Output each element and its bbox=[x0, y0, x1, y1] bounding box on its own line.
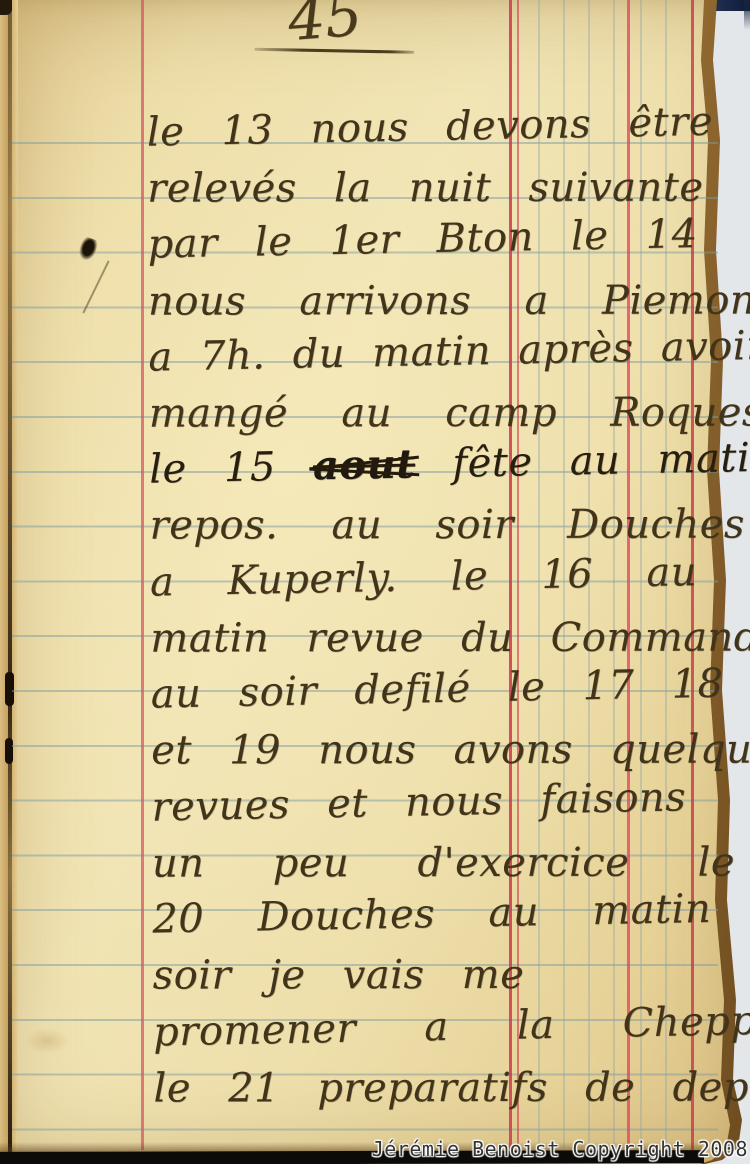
manuscript-line: a Kuperly. le 16 au bbox=[150, 552, 698, 602]
manuscript-line: et 19 nous avons quelques bbox=[151, 729, 750, 770]
manuscript-line: revues et nous faisons bbox=[151, 777, 686, 827]
manuscript-line: nous arrivons a Piemont bbox=[148, 280, 750, 321]
manuscript-line: le 13 nous devons être bbox=[146, 102, 713, 153]
line-segment: fête au matin bbox=[415, 435, 750, 488]
manuscript-line: 20 Douches au matin au bbox=[152, 887, 750, 940]
copyright-watermark: Jérémie Benoist Copyright 2008 bbox=[372, 1137, 748, 1161]
manuscript-line: le 21 preparatifs de depart bbox=[153, 1067, 750, 1108]
manuscript-line: repos. au soir Douches bbox=[150, 505, 745, 546]
manuscript-line: au soir defilé le 17 18 bbox=[150, 664, 723, 715]
line-segment: le 15 bbox=[149, 443, 314, 492]
manuscript-line: par le 1er Bton le 14 bbox=[147, 214, 698, 265]
manuscript-line: mangé au camp Roques bbox=[149, 393, 750, 434]
manuscript-line: matin revue du Commandant bbox=[150, 617, 750, 658]
manuscript-line: relevés la nuit suivante bbox=[147, 168, 703, 209]
manuscript-line: un peu d'exercice le bbox=[152, 843, 735, 884]
page-number-underline bbox=[254, 48, 414, 54]
manuscript-line-with-strikeout: le 15 aout fête au matin bbox=[149, 438, 750, 490]
page-number: 45 bbox=[286, 0, 364, 49]
scanned-diary-page: 45 le 13 nous devons être relevés la nui… bbox=[0, 0, 750, 1164]
manuscript-line: soir je vais me bbox=[153, 955, 525, 996]
manuscript-line: promener a la Cheppe bbox=[153, 1001, 750, 1053]
handwritten-entry: 45 le 13 nous devons être relevés la nui… bbox=[0, 0, 750, 1164]
struck-word: aout bbox=[313, 440, 416, 489]
manuscript-line: a 7h. du matin après avoir bbox=[148, 326, 750, 378]
